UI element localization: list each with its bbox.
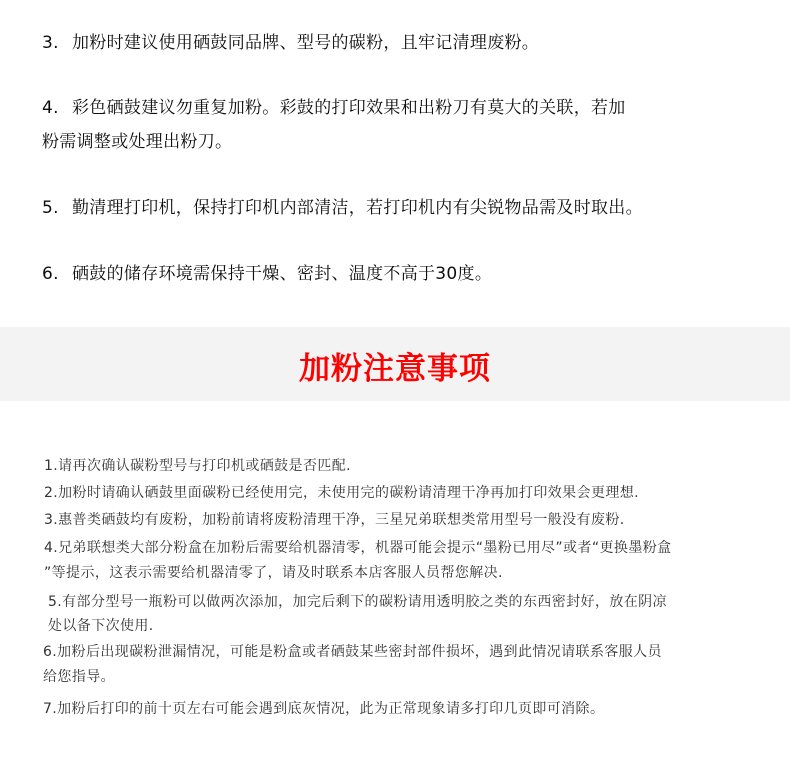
- tip-item-5: 5.勤清理打印机，保持打印机内部清洁，若打印机内有尖锐物品需及时取出。: [42, 192, 742, 224]
- note-text-continuation: 给您指导。: [43, 669, 115, 685]
- note-item-4: 4.兄弟联想类大部分粉盒在加粉后需要给机器清零，机器可能会提示“墨粉已用尽”或者…: [44, 536, 764, 560]
- tip-item-3: 3.加粉时建议使用硒鼓同品牌、型号的碳粉，且牢记清理废粉。: [42, 27, 742, 59]
- note-text-continuation: 处以备下次使用.: [48, 618, 154, 634]
- tip-text: 加粉时建议使用硒鼓同品牌、型号的碳粉，且牢记清理废粉。: [72, 33, 539, 53]
- note-text: 4.兄弟联想类大部分粉盒在加粉后需要给机器清零，机器可能会提示“墨粉已用尽”或者…: [44, 540, 672, 556]
- tip-text-continuation: 粉需调整或处理出粉刀。: [42, 132, 232, 152]
- note-item-5-continuation: 处以备下次使用.: [48, 614, 768, 638]
- note-text-continuation: ”等提示，这表示需要给机器清零了，请及时联系本店客服人员帮您解决.: [44, 565, 503, 581]
- tip-number: 3.: [42, 27, 72, 59]
- note-text: 6.加粉后出现碳粉泄漏情况，可能是粉盒或者硒鼓某些密封部件损坏，遇到此情况请联系…: [43, 644, 662, 660]
- tip-number: 6.: [42, 258, 72, 290]
- tip-number: 5.: [42, 192, 72, 224]
- note-item-1: 1.请再次确认碳粉型号与打印机或硒鼓是否匹配.: [44, 454, 764, 478]
- note-item-6: 6.加粉后出现碳粉泄漏情况，可能是粉盒或者硒鼓某些密封部件损坏，遇到此情况请联系…: [43, 640, 763, 664]
- note-text: 7.加粉后打印的前十页左右可能会遇到底灰情况，此为正常现象请多打印几页即可消除。: [43, 701, 604, 717]
- note-item-6-continuation: 给您指导。: [43, 665, 763, 689]
- tip-item-6: 6.硒鼓的储存环境需保持干燥、密封、温度不高于30度。: [42, 258, 742, 290]
- note-item-7: 7.加粉后打印的前十页左右可能会遇到底灰情况，此为正常现象请多打印几页即可消除。: [43, 697, 763, 721]
- note-text: 2.加粉时请确认硒鼓里面碳粉已经使用完，未使用完的碳粉请清理干净再加打印效果会更…: [44, 485, 639, 501]
- section-banner: 加粉注意事项: [0, 327, 790, 401]
- section-title: 加粉注意事项: [299, 343, 491, 388]
- tip-text: 彩色硒鼓建议勿重复加粉。彩鼓的打印效果和出粉刀有莫大的关联，若加: [72, 98, 626, 118]
- tip-text: 勤清理打印机，保持打印机内部清洁，若打印机内有尖锐物品需及时取出。: [72, 198, 643, 218]
- tip-item-4: 4.彩色硒鼓建议勿重复加粉。彩鼓的打印效果和出粉刀有莫大的关联，若加: [42, 92, 742, 124]
- tip-item-4-continuation: 粉需调整或处理出粉刀。: [42, 126, 742, 158]
- note-text: 1.请再次确认碳粉型号与打印机或硒鼓是否匹配.: [44, 458, 351, 474]
- note-item-3: 3.惠普类硒鼓均有废粉，加粉前请将废粉清理干净，三星兄弟联想类常用型号一般没有废…: [44, 508, 764, 532]
- note-text: 5.有部分型号一瓶粉可以做两次添加，加完后剩下的碳粉请用透明胶之类的东西密封好，…: [48, 594, 667, 610]
- note-item-5: 5.有部分型号一瓶粉可以做两次添加，加完后剩下的碳粉请用透明胶之类的东西密封好，…: [48, 590, 768, 614]
- tip-number: 4.: [42, 92, 72, 124]
- note-item-4-continuation: ”等提示，这表示需要给机器清零了，请及时联系本店客服人员帮您解决.: [44, 561, 764, 585]
- note-item-2: 2.加粉时请确认硒鼓里面碳粉已经使用完，未使用完的碳粉请清理干净再加打印效果会更…: [44, 481, 764, 505]
- note-text: 3.惠普类硒鼓均有废粉，加粉前请将废粉清理干净，三星兄弟联想类常用型号一般没有废…: [44, 512, 625, 528]
- tip-text: 硒鼓的储存环境需保持干燥、密封、温度不高于30度。: [72, 264, 492, 284]
